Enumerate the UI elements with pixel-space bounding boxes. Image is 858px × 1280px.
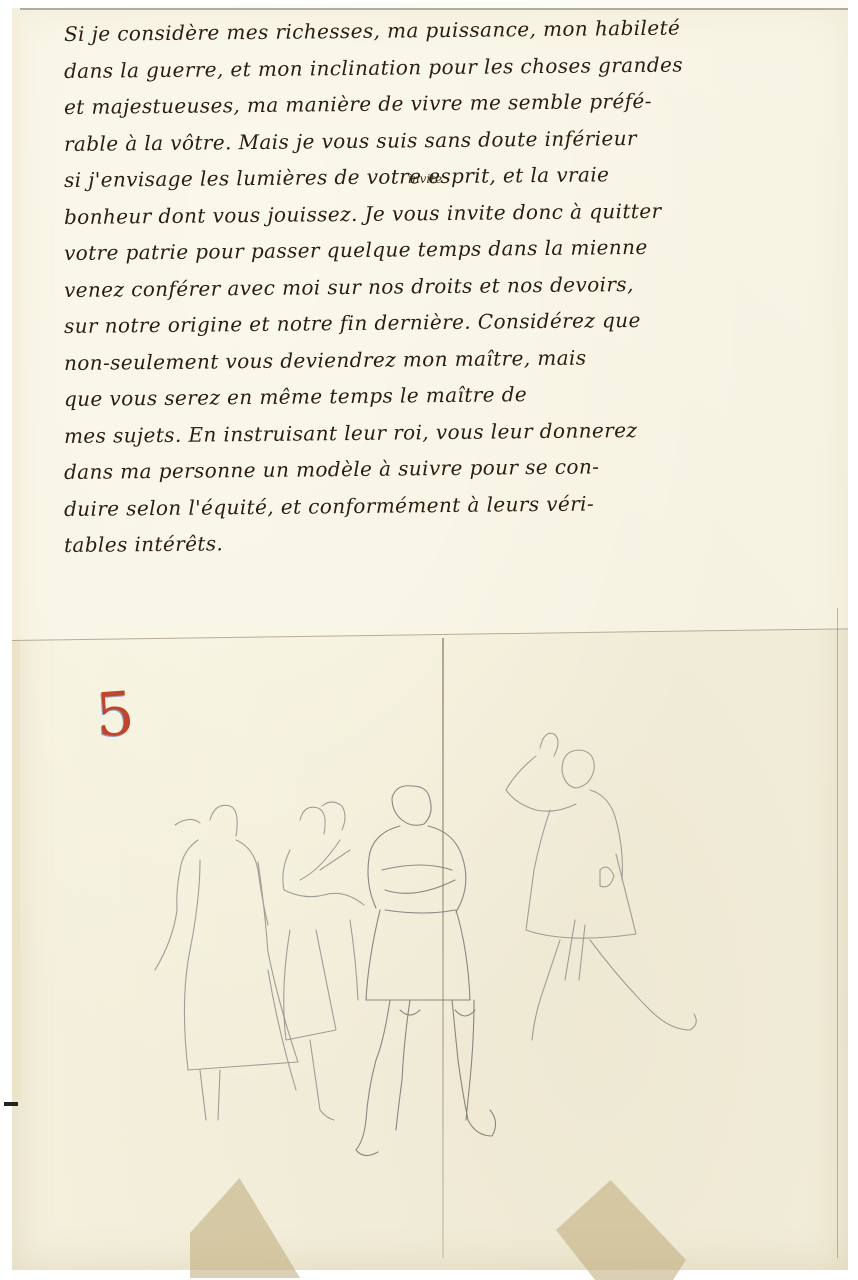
sketch-figure-left: [155, 805, 298, 1120]
sketch-figure-group-center-left: [283, 802, 364, 1120]
sketch-figure-right: [506, 733, 696, 1040]
pencil-sketch-figures: [0, 0, 858, 1280]
sketch-figure-center: [356, 786, 496, 1156]
